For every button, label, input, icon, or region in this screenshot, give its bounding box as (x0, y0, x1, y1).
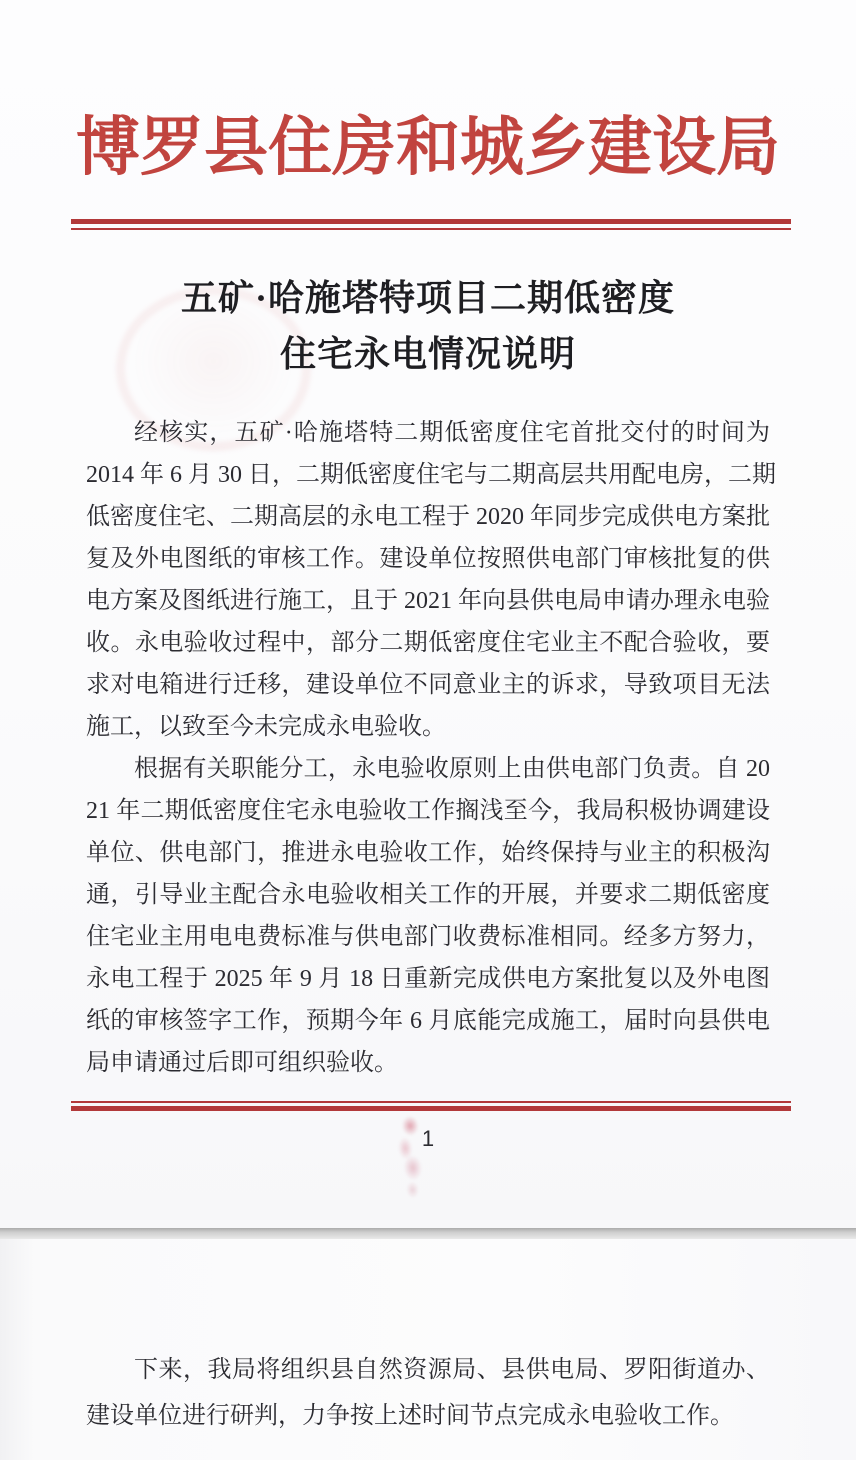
body-line: 局申请通过后即可组织验收。 (86, 1042, 770, 1084)
scanned-document-view: 博罗县住房和城乡建设局 五矿·哈施塔特项目二期低密度 住宅永电情况说明 经核实，… (0, 0, 856, 1460)
letterhead-rule-thick (71, 219, 791, 224)
body-line: 电方案及图纸进行施工，且于 2021 年向县供电局申请办理永电验 (86, 580, 770, 622)
body-line: 2014 年 6 月 30 日，二期低密度住宅与二期高层共用配电房，二期 (86, 454, 770, 496)
body-line: 施工，以致至今未完成永电验收。 (86, 706, 770, 748)
page-1: 博罗县住房和城乡建设局 五矿·哈施塔特项目二期低密度 住宅永电情况说明 经核实，… (0, 0, 856, 1228)
footer-rule (71, 1101, 791, 1111)
document-title-line-2: 住宅永电情况说明 (0, 326, 856, 382)
letterhead-rule (71, 219, 791, 230)
body-line: 单位、供电部门，推进永电验收工作，始终保持与业主的积极沟 (86, 832, 770, 874)
page-gap-separator (0, 1228, 856, 1239)
body-text-page-2: 下来，我局将组织县自然资源局、县供电局、罗阳街道办、建设单位进行研判，力争按上述… (86, 1347, 770, 1439)
body-line: 根据有关职能分工，永电验收原则上由供电部门负责。自 20 (86, 748, 770, 790)
body-text-page-1: 经核实，五矿·哈施塔特二期低密度住宅首批交付的时间为2014 年 6 月 30 … (86, 412, 770, 1084)
body-line: 求对电箱进行迁移，建设单位不同意业主的诉求，导致项目无法 (86, 664, 770, 706)
body-line: 经核实，五矿·哈施塔特二期低密度住宅首批交付的时间为 (86, 412, 770, 454)
body-line: 建设单位进行研判，力争按上述时间节点完成永电验收工作。 (86, 1393, 770, 1439)
body-line: 通，引导业主配合永电验收相关工作的开展，并要求二期低密度 (86, 874, 770, 916)
body-line: 下来，我局将组织县自然资源局、县供电局、罗阳街道办、 (86, 1347, 770, 1393)
page-number: 1 (0, 1126, 856, 1152)
footer-rule-thick (71, 1106, 791, 1111)
body-line: 低密度住宅、二期高层的永电工程于 2020 年同步完成供电方案批 (86, 496, 770, 538)
body-line: 住宅业主用电电费标准与供电部门收费标准相同。经多方努力， (86, 916, 770, 958)
footer-rule-thin (71, 1101, 791, 1103)
body-line: 纸的审核签字工作，预期今年 6 月底能完成施工，届时向县供电 (86, 1000, 770, 1042)
body-line: 21 年二期低密度住宅永电验收工作搁浅至今，我局积极协调建设 (86, 790, 770, 832)
letterhead-rule-thin (71, 228, 791, 230)
body-line: 永电工程于 2025 年 9 月 18 日重新完成供电方案批复以及外电图 (86, 958, 770, 1000)
document-title-line-1: 五矿·哈施塔特项目二期低密度 (0, 270, 856, 326)
body-line: 复及外电图纸的审核工作。建设单位按照供电部门审核批复的供 (86, 538, 770, 580)
body-line: 收。永电验收过程中，部分二期低密度住宅业主不配合验收，要 (86, 622, 770, 664)
document-title: 五矿·哈施塔特项目二期低密度 住宅永电情况说明 (0, 270, 856, 382)
page-2: 下来，我局将组织县自然资源局、县供电局、罗阳街道办、建设单位进行研判，力争按上述… (0, 1239, 856, 1460)
letterhead-agency-title: 博罗县住房和城乡建设局 (0, 94, 856, 202)
